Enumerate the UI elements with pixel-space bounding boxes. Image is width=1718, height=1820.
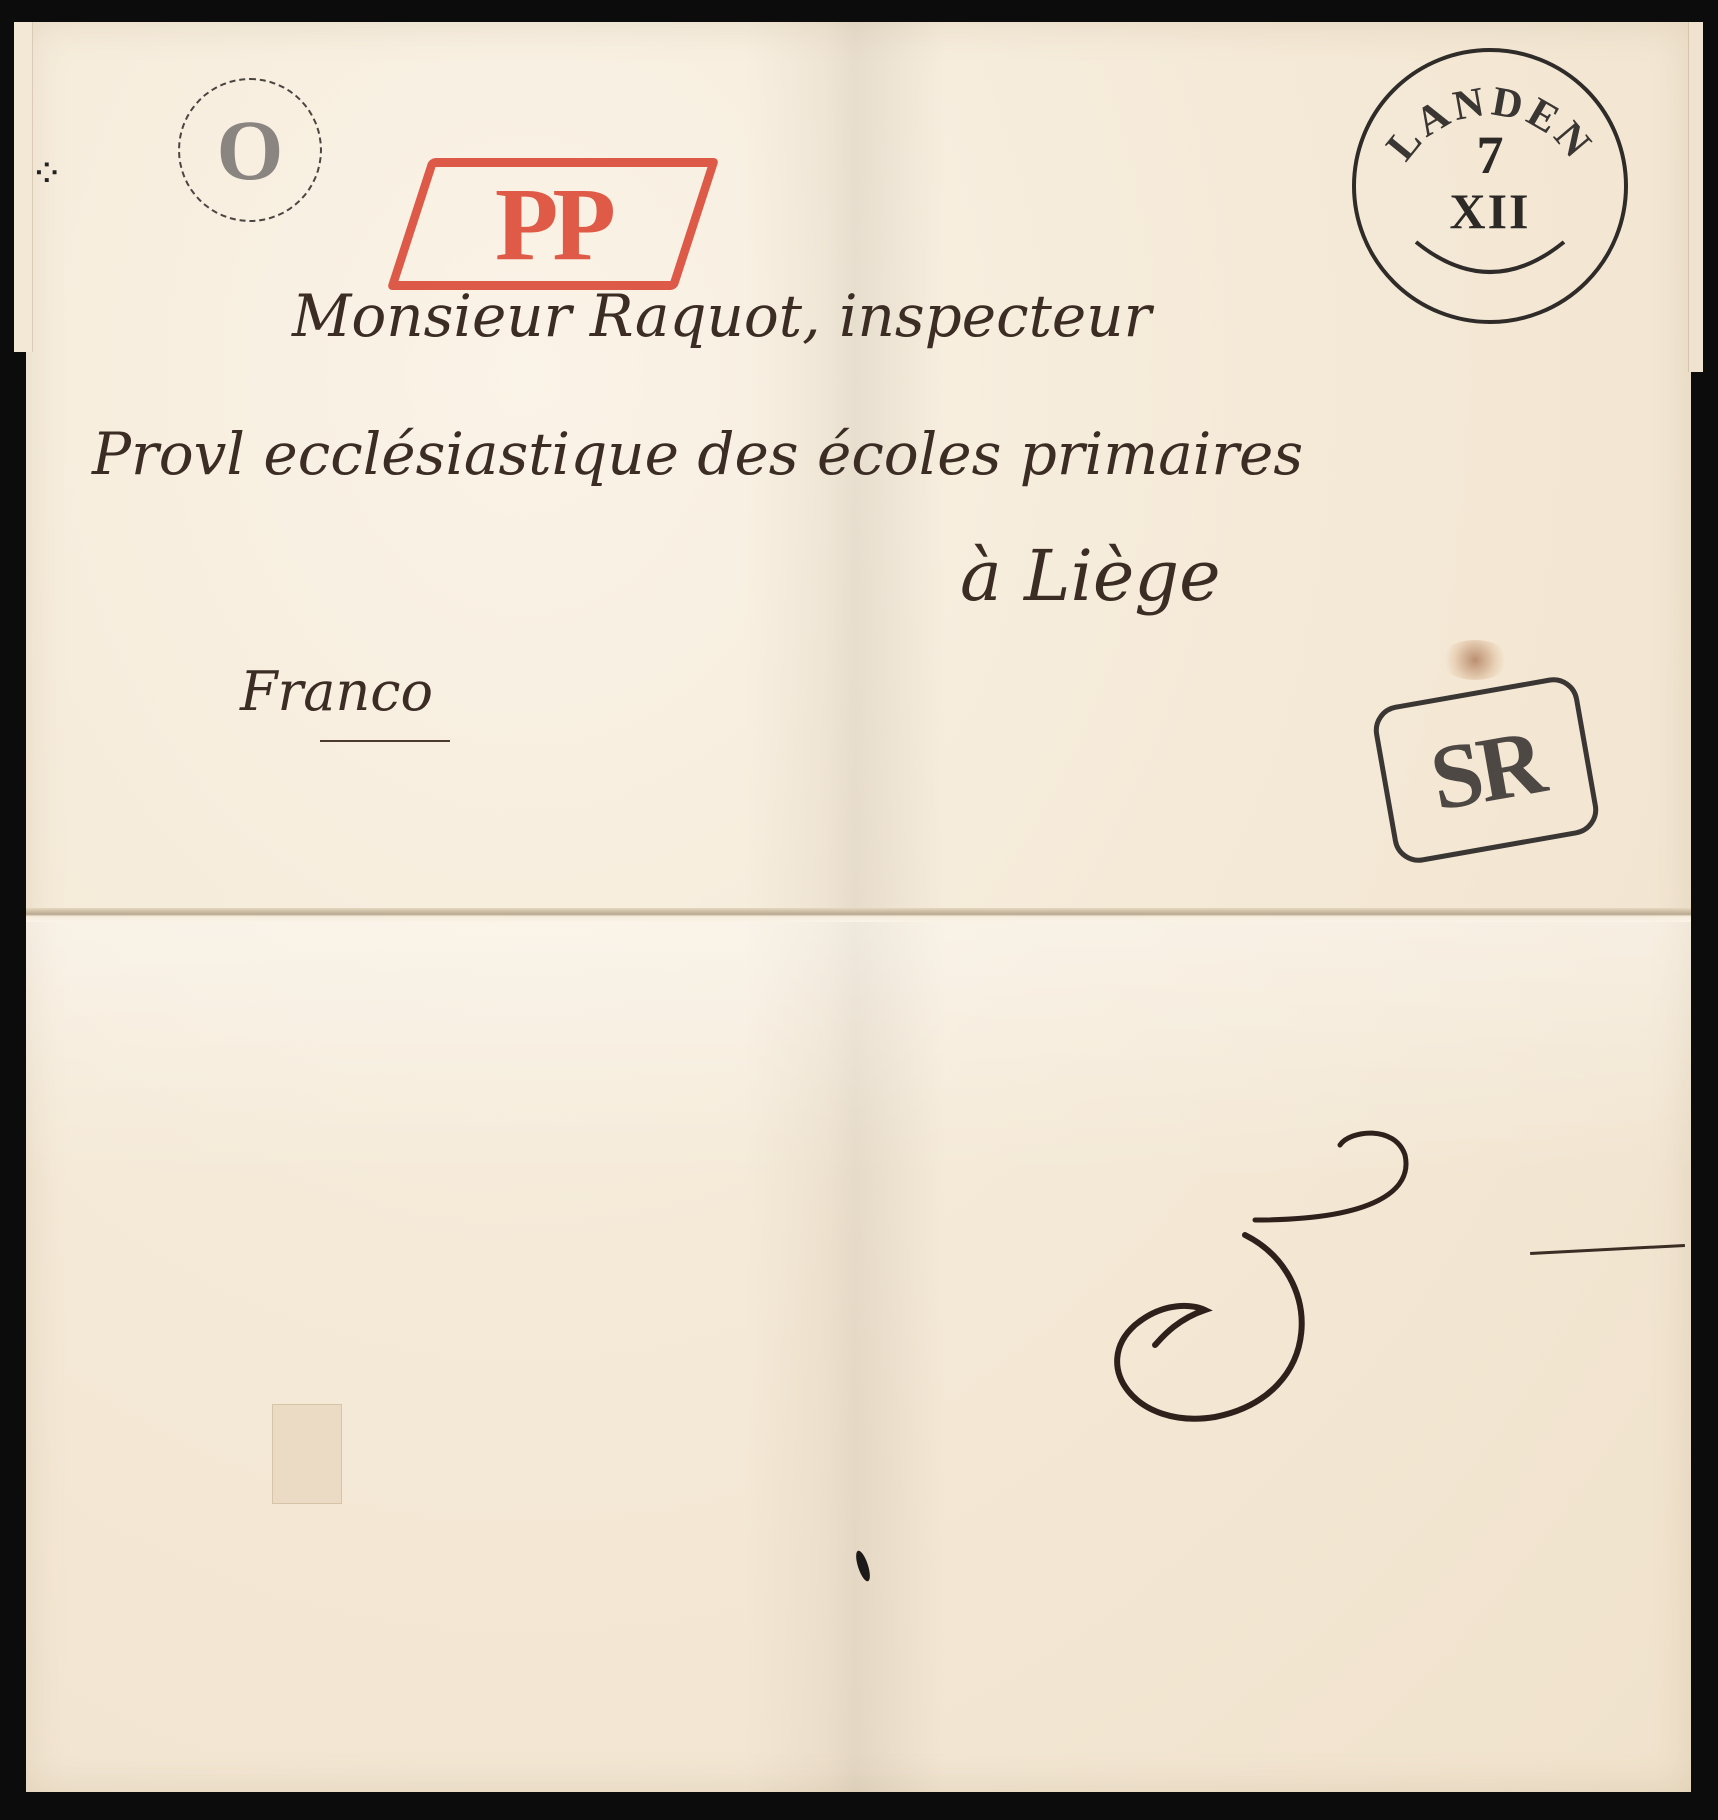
- sr-stamp-text: SR: [1423, 708, 1549, 831]
- rate-marking-3: 3: [1095, 1095, 1415, 1425]
- franco-annotation: Franco: [240, 660, 433, 723]
- foxing-spot: [1440, 640, 1510, 680]
- circle-mark-text: O: [217, 100, 284, 200]
- pp-stamp-text: PP: [495, 165, 610, 284]
- franco-underline: [320, 740, 450, 742]
- landen-datestamp: LANDEN 7 XII: [1352, 48, 1628, 324]
- lower-panel: [26, 922, 1691, 1790]
- hinge-tape: [272, 1404, 342, 1504]
- address-line-3: à Liège: [960, 535, 1221, 617]
- circle-postal-mark: O: [178, 78, 322, 222]
- address-line-2: Provl ecclésiastique des écoles primaire…: [92, 420, 1303, 488]
- horizontal-fold: [26, 908, 1691, 922]
- address-line-1: Monsieur Raquot, inspecteur: [292, 282, 1151, 350]
- partial-mark-left: ⁘: [30, 150, 64, 197]
- paper-flap-right: [1688, 22, 1703, 372]
- datestamp-day: 7: [1356, 124, 1624, 186]
- datestamp-month: XII: [1356, 182, 1624, 240]
- pp-paid-stamp: PP: [387, 158, 720, 290]
